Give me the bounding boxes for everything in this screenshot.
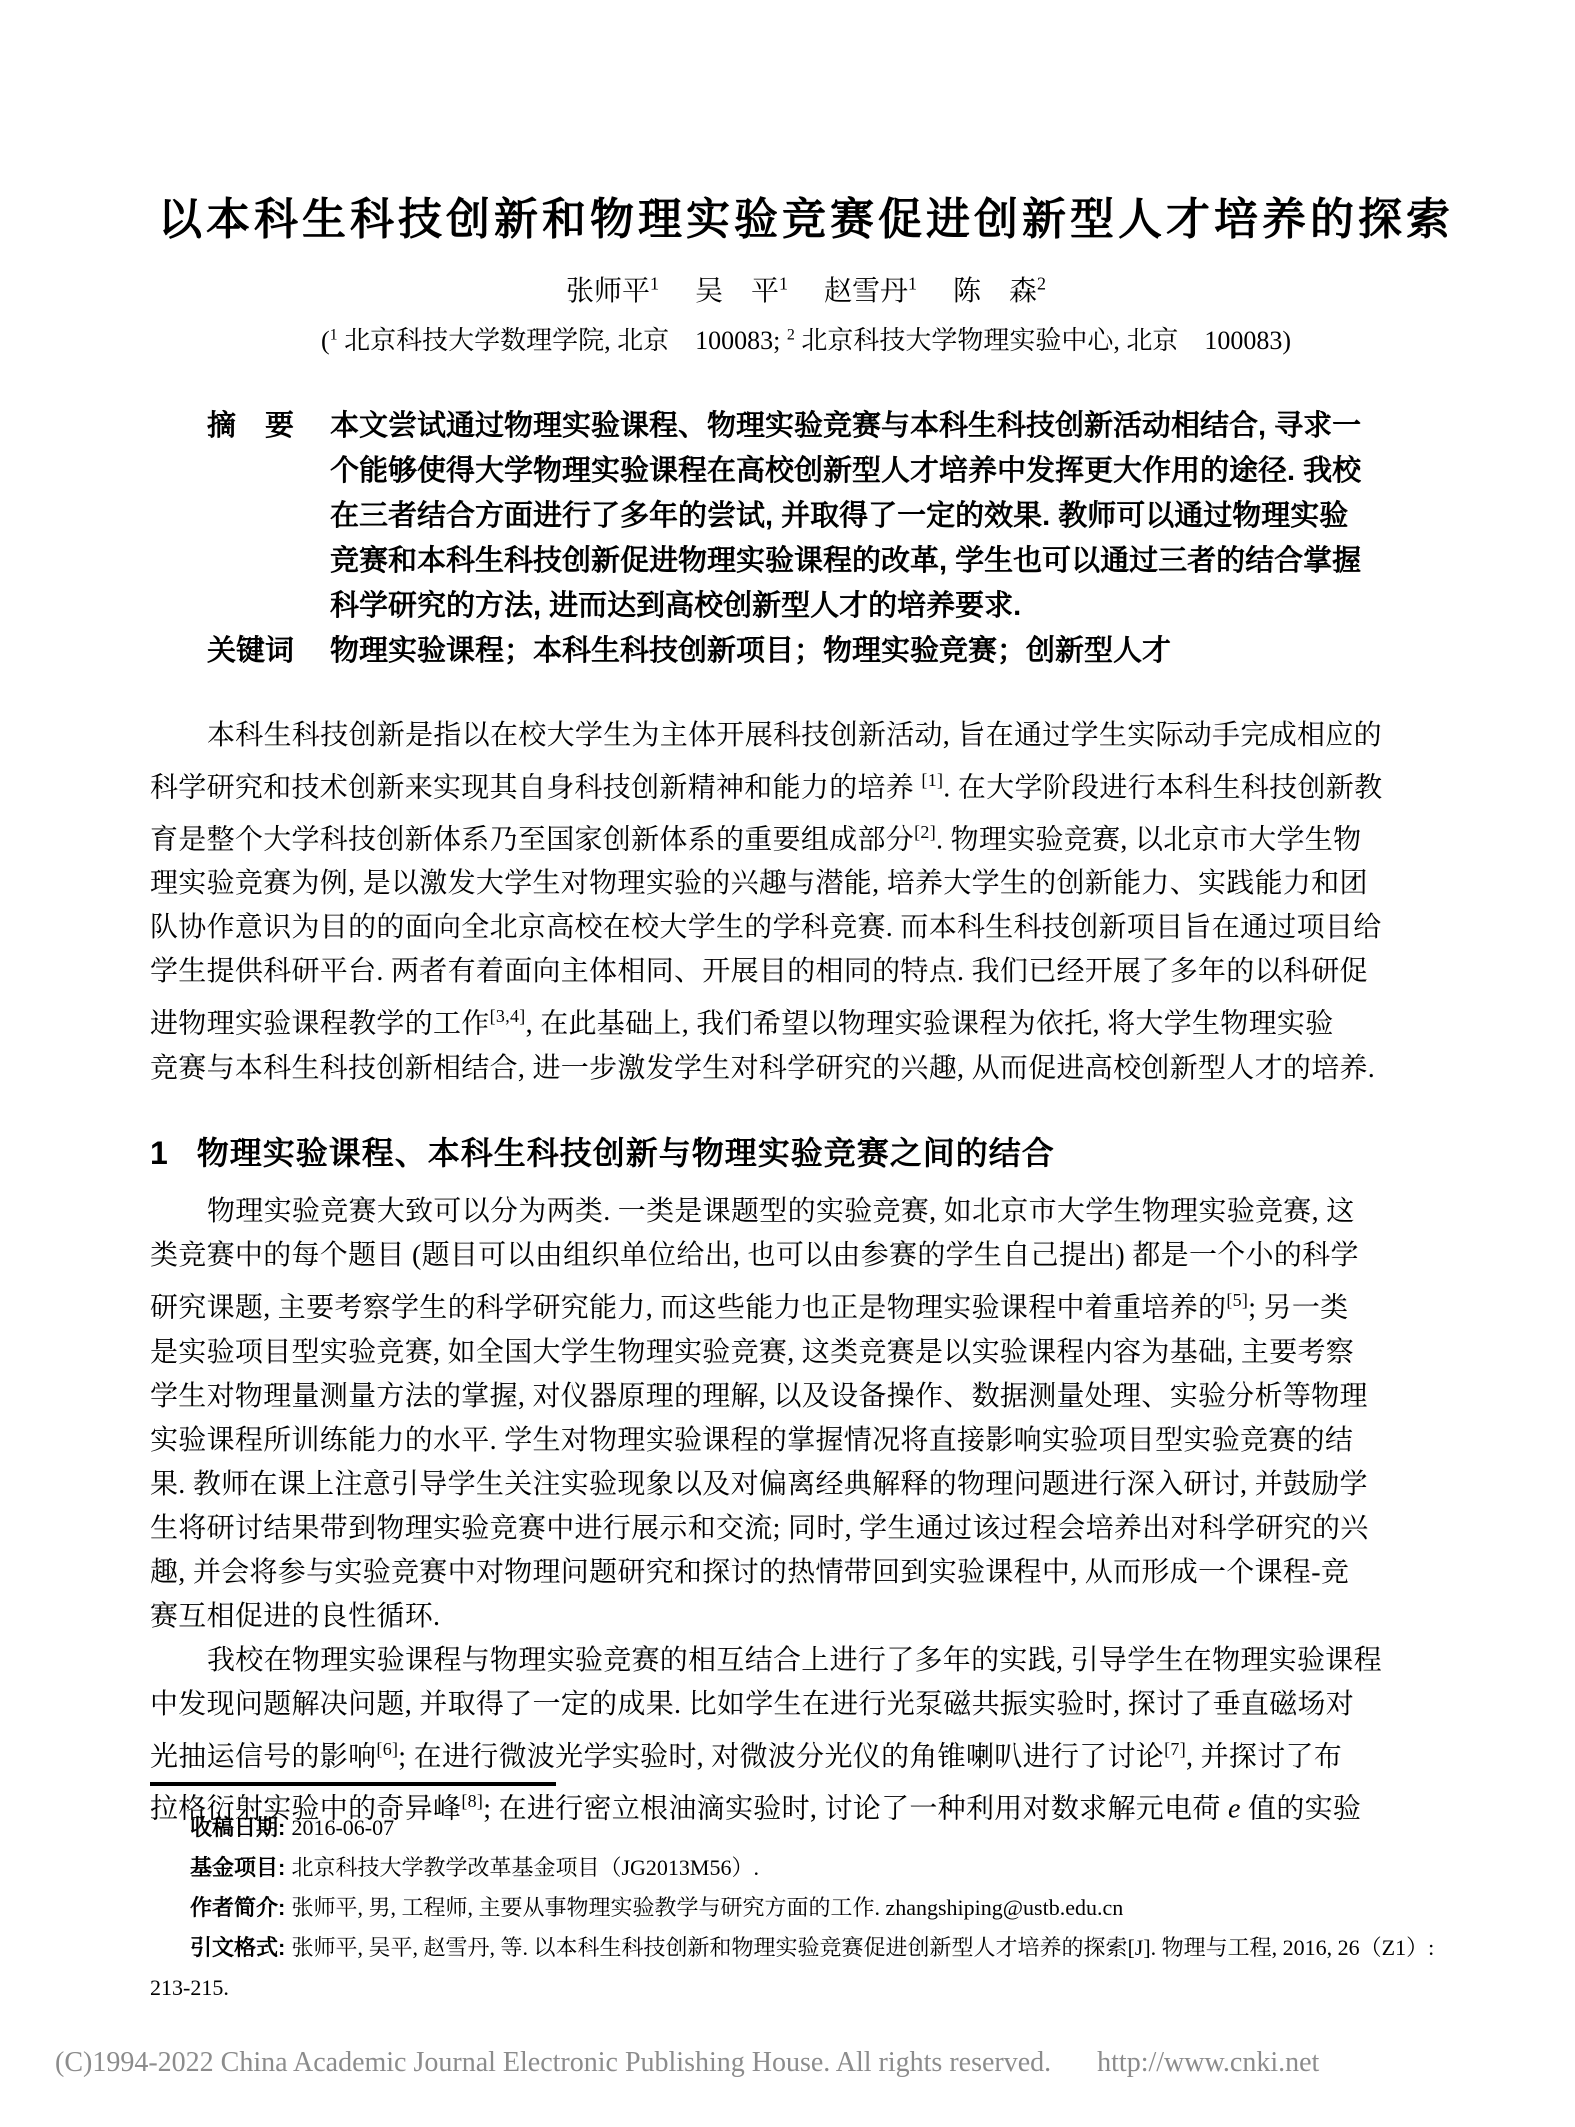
paper-page: 以本科生科技创新和物理实验竞赛促进创新型人才培养的探索 张师平1吴 平1赵雪丹1… xyxy=(0,0,1575,2127)
footnote-item: 基金项目: 北京科技大学教学改革基金项目（JG2013M56）. xyxy=(150,1848,1466,1888)
section-1-heading: 1物理实验课程、本科生科技创新与物理实验竞赛之间的结合 xyxy=(150,1133,1462,1175)
author-name: 赵雪丹1 xyxy=(824,276,917,307)
keywords-text: 物理实验课程；本科生科技创新项目；物理实验竞赛；创新型人才 xyxy=(330,629,1171,674)
footnote-items: 收稿日期: 2016-06-07基金项目: 北京科技大学教学改革基金项目（JG2… xyxy=(150,1808,1466,2008)
footnote-item: 作者简介: 张师平, 男, 工程师, 主要从事物理实验教学与研究方面的工作. z… xyxy=(150,1888,1466,1928)
cnki-url: http://www.cnki.net xyxy=(1097,2046,1319,2080)
footnote-item: 引文格式: 张师平, 吴平, 赵雪丹, 等. 以本科生科技创新和物理实验竞赛促进… xyxy=(150,1928,1466,2008)
copyright-text: (C)1994-2022 China Academic Journal Elec… xyxy=(55,2046,1051,2080)
paper-body: 本科生科技创新是指以在校大学生为主体开展科技创新活动, 旨在通过学生实际动手完成… xyxy=(150,714,1462,1832)
abstract-text: 本文尝试通过物理实验课程、物理实验竞赛与本科生科技创新活动相结合, 寻求一个能够… xyxy=(330,404,1361,629)
author-line: 张师平1吴 平1赵雪丹1陈 森2 xyxy=(150,273,1462,311)
author-name: 吴 平1 xyxy=(695,276,788,307)
affiliation-line: (1 北京科技大学数理学院, 北京 100083; 2 北京科技大学物理实验中心… xyxy=(150,323,1462,358)
abstract-block: 摘 要 本文尝试通过物理实验课程、物理实验竞赛与本科生科技创新活动相结合, 寻求… xyxy=(150,404,1462,629)
intro-paragraph: 本科生科技创新是指以在校大学生为主体开展科技创新活动, 旨在通过学生实际动手完成… xyxy=(150,714,1462,1091)
keywords-label: 关键词 xyxy=(207,629,302,674)
author-name: 张师平1 xyxy=(566,276,659,307)
footnote-item: 收稿日期: 2016-06-07 xyxy=(150,1808,1466,1848)
section-1-paragraph-1: 物理实验竞赛大致可以分为两类. 一类是课题型的实验竞赛, 如北京市大学生物理实验… xyxy=(150,1190,1462,1638)
footnote-block: 收稿日期: 2016-06-07基金项目: 北京科技大学教学改革基金项目（JG2… xyxy=(150,1782,1466,2008)
section-1-title: 物理实验课程、本科生科技创新与物理实验竞赛之间的结合 xyxy=(197,1135,1055,1171)
author-name: 陈 森2 xyxy=(953,276,1046,307)
keywords-block: 关键词 物理实验课程；本科生科技创新项目；物理实验竞赛；创新型人才 xyxy=(150,629,1462,674)
section-1-number: 1 xyxy=(150,1135,169,1171)
page-footer: (C)1994-2022 China Academic Journal Elec… xyxy=(55,2046,1515,2080)
footnote-rule xyxy=(150,1782,556,1786)
paper-main-column: 以本科生科技创新和物理实验竞赛促进创新型人才培养的探索 张师平1吴 平1赵雪丹1… xyxy=(150,0,1462,1831)
abstract-label: 摘 要 xyxy=(207,404,302,629)
paper-title: 以本科生科技创新和物理实验竞赛促进创新型人才培养的探索 xyxy=(150,192,1462,247)
